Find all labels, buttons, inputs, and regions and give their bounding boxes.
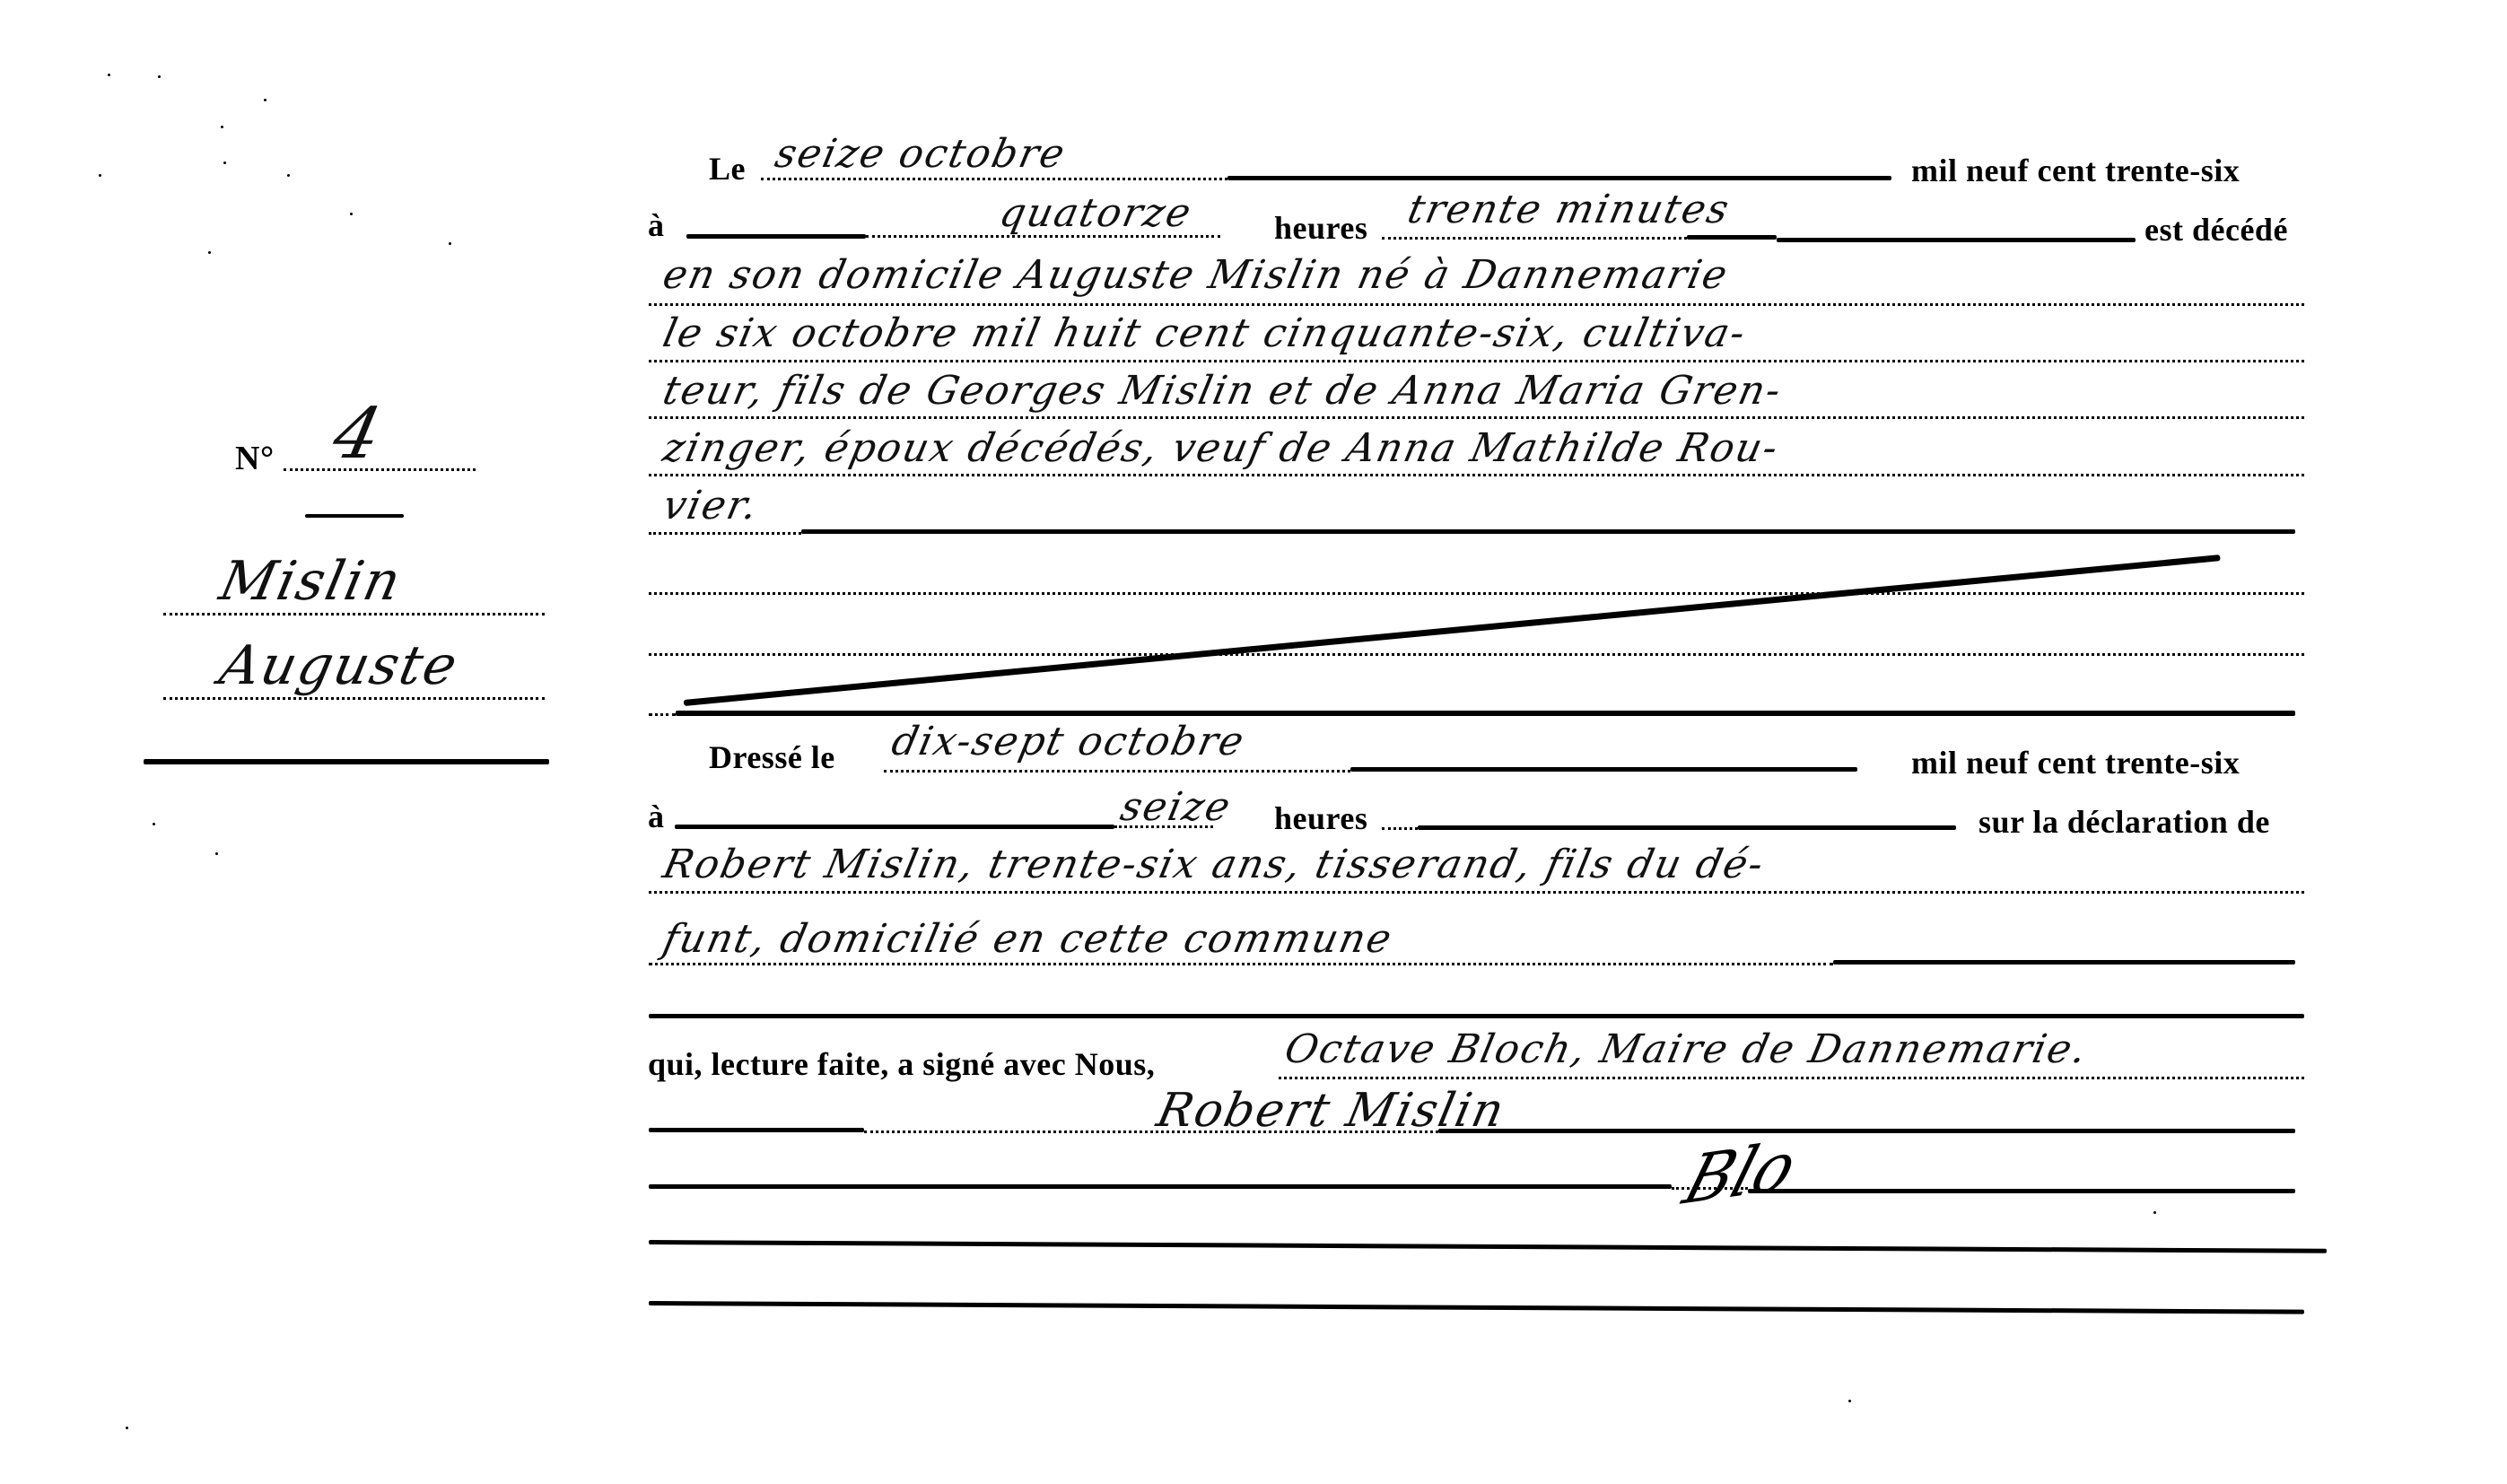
death-date-rule [1227,176,1891,180]
declarant-line-2-rule [1833,960,2295,965]
death-hour: quatorze [996,194,1196,233]
drawn-heures-label: heures [1274,802,1367,834]
drawn-a-label: à [648,800,665,833]
minutes-rule [1687,235,1777,240]
officer-name-title: Octave Bloch, Maire de Dannemarie. [1281,1030,2092,1069]
declarant-sig-rule-right [1438,1129,2295,1133]
drawn-minutes-rule [1418,825,1956,830]
drawn-date-rule [1350,767,1857,772]
declarant-signature: Robert Mislin [1153,1087,1509,1134]
given-name-dotted-line [163,697,545,700]
hour-rule [686,234,866,239]
drawn-hour: seize [1117,788,1235,827]
body-line-5-dotted [649,532,801,535]
drawn-minutes-dotted [1382,827,1418,830]
body-line-1-dotted [649,303,2304,306]
death-date: seize octobre [772,135,1070,174]
empty-line-1 [649,592,2304,595]
death-section-end-rule [676,711,2295,716]
heures-label: heures [1274,212,1367,244]
body-line-5-rule [801,529,2295,534]
margin-given-name: Auguste [215,639,463,693]
signing-statement: qui, lecture faite, a signé avec Nous, [648,1048,1155,1080]
body-line-3-dotted [649,416,2304,419]
drawn-year: mil neuf cent trente-six [1911,746,2240,779]
strike-through-line [684,554,2221,706]
declarant-line-1: Robert Mislin, trente-six ans, tisserand… [660,845,1769,885]
body-line-4-dotted [649,474,2304,476]
bottom-rule-1 [649,1240,2327,1253]
margin-end-rule [144,759,549,764]
officer-sig-rule-right [1748,1189,2295,1193]
a-label: à [648,209,665,241]
body-line-1: en son domicile Auguste Mislin né à Dann… [660,256,1732,295]
margin-surname: Mislin [215,554,406,608]
officer-sig-rule-left [649,1184,1672,1189]
surname-dotted-line [163,613,545,615]
body-line-4: zinger, époux décédés, veuf de Anna Math… [660,429,1783,468]
entry-number: 4 [328,399,389,469]
drawn-up-end-rule [649,1014,2304,1018]
number-dotted-line [284,468,476,471]
declaration-label: sur la déclaration de [1979,806,2270,838]
drawn-date-dotted [884,770,1350,773]
death-date-dotted [761,178,1227,180]
le-label: Le [709,153,746,185]
death-minutes: trente minutes [1404,190,1734,230]
bottom-rule-2 [649,1301,2304,1314]
declarant-line-2-dotted [649,963,1833,965]
est-decede-rule [1777,238,2136,242]
drawn-date: dix-sept octobre [888,722,1249,762]
section-end-dotted [649,713,676,716]
body-line-2: le six octobre mil huit cent cinquante-s… [660,314,1750,354]
body-line-3: teur, fils de Georges Mislin et de Anna … [660,371,1786,411]
number-label: N° [235,441,275,476]
margin-short-rule [305,514,404,518]
drawn-hour-rule [675,825,1114,829]
officer-signature: Blo [1675,1125,1805,1219]
empty-line-2 [649,653,2304,656]
declarant-line-2: funt, domicilié en cette commune [660,920,1396,959]
dresse-le-label: Dressé le [709,741,835,773]
body-line-5: vier. [660,486,763,526]
death-year: mil neuf cent trente-six [1911,154,2240,187]
officer-dotted [1279,1077,2304,1079]
minutes-dotted [1382,237,1687,240]
declarant-sig-rule-left [649,1128,864,1132]
body-line-2-dotted [649,360,2304,362]
declarant-line-1-dotted [649,891,2304,894]
est-decede-label: est décédé [2144,214,2288,246]
